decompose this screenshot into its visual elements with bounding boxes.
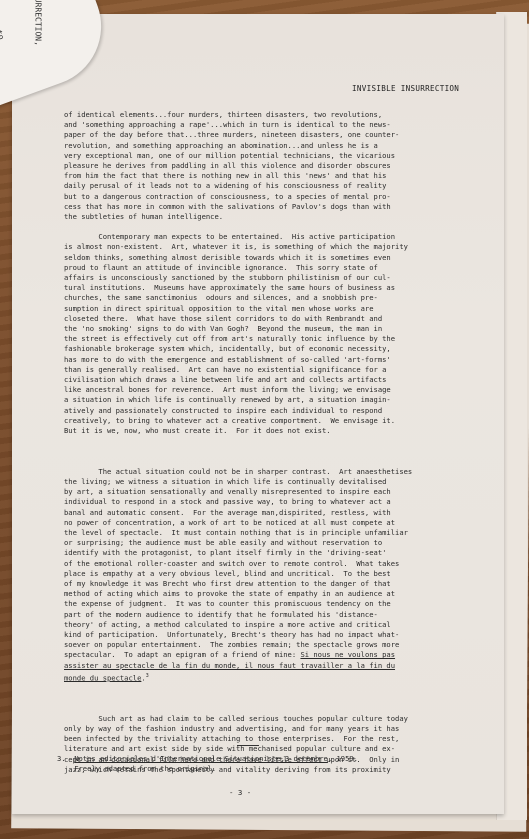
french-quote-start: Si nous ne voulons pas xyxy=(300,650,395,659)
text-line: affairs is unconsciously sanctioned by t… xyxy=(64,273,482,283)
text-line: from him the fact that there is nothing … xyxy=(64,171,482,181)
text-line: the 'no smoking' signs to do with Van Go… xyxy=(64,324,482,334)
text-line: only by way of the fashion industry and … xyxy=(64,724,482,734)
text-line: seldom thinks, something almost derisibl… xyxy=(64,253,482,263)
text-line: the level of spectacle. It must contain … xyxy=(64,528,482,538)
text-line: of my knowledge it was Brecht who first … xyxy=(64,579,482,589)
text-line: Contemporary man expects to be entertain… xyxy=(64,232,482,242)
text-line: closeted there. What have those silent c… xyxy=(64,314,482,324)
text-line: theory' of acting, a method calculated t… xyxy=(64,620,482,630)
text-line: the street is effectively cut off from a… xyxy=(64,334,482,344)
text-line: of identical elements...four murders, th… xyxy=(64,110,482,120)
text-line: like ancestral bones for reverence. Art … xyxy=(64,385,482,395)
text-line: revolution, and something approaching an… xyxy=(64,141,482,151)
text-line: civilisation which draws a line between … xyxy=(64,375,482,385)
text-line: been infected by the triviality attachin… xyxy=(64,734,482,744)
text-line: is almost non-existent. Art, whatever it… xyxy=(64,242,482,252)
footnote-divider xyxy=(237,745,259,746)
text-line: atively and passionately constructed to … xyxy=(64,406,482,416)
text-line: daily perusal of it leads not to a widen… xyxy=(64,181,482,191)
text-line: cess that has more in common with the sa… xyxy=(64,202,482,212)
text-line: fashionable brokerage system which, inci… xyxy=(64,344,482,354)
text-line: The actual situation could not be in sha… xyxy=(64,467,482,477)
text-line: banal and automatic consent. For the ave… xyxy=(64,508,482,518)
french-quote-middle: assister au spectacle de la fin du monde… xyxy=(64,661,482,671)
text-line: part of the modern audience to identify … xyxy=(64,610,482,620)
text-line: and 'something approaching a rape'...whi… xyxy=(64,120,482,130)
footnote: 3. Notes editoriales d'Internationale Si… xyxy=(57,754,358,774)
footnote-ref: 3 xyxy=(146,673,149,679)
text-line: or surprising; the audience must be able… xyxy=(64,538,482,548)
page-number: - 3 - xyxy=(229,788,251,797)
text-line: Such art as had claim to be called serio… xyxy=(64,714,482,724)
text-line: pleasure he derives from paddling in all… xyxy=(64,161,482,171)
text-line: the expense of judgment. It was to count… xyxy=(64,599,482,609)
text-line: churches, the same sanctimonius odours a… xyxy=(64,293,482,303)
text-line: has more to do with the emergence and es… xyxy=(64,355,482,365)
body-text: of identical elements...four murders, th… xyxy=(64,110,482,785)
footnote-year: , 1959. xyxy=(328,754,358,763)
paragraph-2: Contemporary man expects to be entertain… xyxy=(64,232,482,436)
text-line: by art, a situation sensationally and ve… xyxy=(64,487,482,497)
overlapping-page-fragments: ble to ssible . no be same xyxy=(0,10,9,57)
text-line: no power of concentration, a work of art… xyxy=(64,518,482,528)
text-line: individual to respond in a stock and pas… xyxy=(64,497,482,507)
text-line: soever on popular entertainment. The zom… xyxy=(64,640,482,650)
footnote-note: Freely adapted from the original. xyxy=(74,764,216,773)
text-line: tural institutions. Museums have approxi… xyxy=(64,283,482,293)
text-line: than is generally realised. Art can have… xyxy=(64,365,482,375)
text-line: kind of participation. Unfortunately, Br… xyxy=(64,630,482,640)
text-line: identify with the protagonist, to plant … xyxy=(64,548,482,558)
paragraph-1: of identical elements...four murders, th… xyxy=(64,110,482,222)
text-line: the subtleties of human intelligence. xyxy=(64,212,482,222)
document-page: INVISIBLE INSURRECTION of identical elem… xyxy=(12,14,504,814)
overlapping-page-text: URRECTION, xyxy=(32,0,43,46)
running-head: INVISIBLE INSURRECTION xyxy=(352,84,459,93)
paragraph-3: The actual situation could not be in sha… xyxy=(64,446,482,703)
text-line: the living; we witness a situation in wh… xyxy=(64,477,482,487)
text-line: creatively, to bring to whatever act a c… xyxy=(64,416,482,426)
text-line: proud to flaunt an attitude of invincibl… xyxy=(64,263,482,273)
text-line: place is empathy at a very obvious level… xyxy=(64,569,482,579)
footnote-title: Notes editoriales d'Internationale Situa… xyxy=(74,754,328,763)
text-line: method of acting which aims to provoke t… xyxy=(64,589,482,599)
text-line: paper of the day before that...three mur… xyxy=(64,130,482,140)
text-line: very exceptional man, one of our million… xyxy=(64,151,482,161)
text-line: a situation in which life is continually… xyxy=(64,395,482,405)
text-line: but to a dangerous contraction of consci… xyxy=(64,192,482,202)
text-line: sumption in direct spiritual opposition … xyxy=(64,304,482,314)
text-line: of the emotional roller-coaster and swit… xyxy=(64,559,482,569)
french-quote-end: monde du spectacle xyxy=(64,673,141,682)
footnote-number: 3. xyxy=(57,754,66,763)
text-line: But it is we, now, who must create it. F… xyxy=(64,426,482,436)
